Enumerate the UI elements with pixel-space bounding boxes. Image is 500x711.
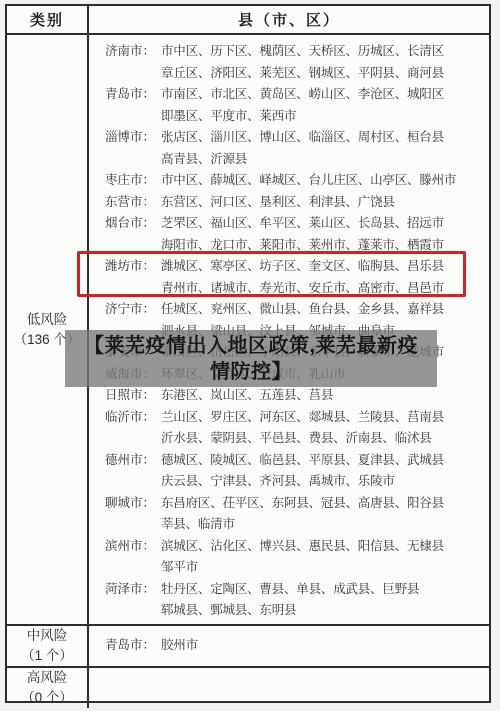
watermark-text-line2: 情防控】	[210, 359, 292, 385]
county-row: 东营市：东营区、河口区、垦利区、利津县、广饶县	[105, 192, 487, 214]
risk-level-name: 中风险	[27, 626, 68, 646]
county-row: 潍坊市：潍城区、寒亭区、坊子区、奎文区、临朐县、昌乐县青州市、诸城市、寿光市、安…	[105, 256, 487, 299]
header-cell-category: 类别	[7, 6, 89, 33]
city-label: 聊城市：	[105, 493, 161, 536]
county-row: 烟台市：芝罘区、福山区、牟平区、莱山区、长岛县、招远市海阳市、龙口市、莱阳市、莱…	[105, 213, 487, 256]
city-label: 东营市：	[105, 192, 161, 214]
county-row: 淄博市：张店区、淄川区、博山区、临淄区、周村区、桓台县高青县、沂源县	[105, 127, 487, 170]
district-lines: 东港区、岚山区、五莲县、莒县	[161, 385, 487, 407]
city-label: 淄博市：	[105, 127, 161, 170]
district-line: 东港区、岚山区、五莲县、莒县	[161, 385, 487, 407]
county-row: 滨州市：滨城区、沾化区、博兴县、惠民县、阳信县、无棣县邹平市	[105, 536, 487, 579]
risk-level-name: 低风险	[27, 310, 68, 330]
district-lines: 兰山区、罗庄区、河东区、郯城县、兰陵县、莒南县沂水县、蒙阴县、平邑县、费县、沂南…	[161, 407, 487, 450]
district-line: 德城区、陵城区、临邑县、平原县、夏津县、武城县	[161, 450, 487, 472]
district-line: 市中区、薛城区、峄城区、台儿庄区、山亭区、滕州市	[161, 170, 487, 192]
county-row: 聊城市：东昌府区、茌平区、东阿县、冠县、高唐县、阳谷县莘县、临清市	[105, 493, 487, 536]
risk-section-high: 高风险（0 个）	[7, 668, 489, 708]
county-row: 菏泽市：牡丹区、定陶区、曹县、单县、成武县、巨野县郓城县、鄄城县、东明县	[105, 579, 487, 622]
district-line: 庆云县、宁津县、齐河县、禹城市、乐陵市	[161, 471, 487, 493]
district-line: 郓城县、鄄城县、东明县	[161, 600, 487, 622]
county-row: 枣庄市：市中区、薛城区、峄城区、台儿庄区、山亭区、滕州市	[105, 170, 487, 192]
risk-content-cell	[89, 668, 489, 708]
risk-level-count: （1 个）	[21, 646, 73, 666]
county-row: 济南市：市中区、历下区、槐荫区、天桥区、历城区、长清区章丘区、济阳区、莱芜区、钢…	[105, 41, 487, 84]
header-cell-county: 县（市、区）	[89, 6, 489, 33]
district-line: 高青县、沂源县	[161, 149, 487, 171]
district-line: 邹平市	[161, 557, 487, 579]
district-line: 即墨区、平度市、莱西市	[161, 106, 487, 128]
district-lines: 东昌府区、茌平区、东阿县、冠县、高唐县、阳谷县莘县、临清市	[161, 493, 487, 536]
district-line: 莘县、临清市	[161, 514, 487, 536]
risk-label-cell: 高风险（0 个）	[7, 668, 89, 708]
city-label: 德州市：	[105, 450, 161, 493]
district-line: 任城区、兖州区、微山县、鱼台县、金乡县、嘉祥县	[161, 299, 487, 321]
page-background: 类别 县（市、区） 低风险（136 个）济南市：市中区、历下区、槐荫区、天桥区、…	[0, 0, 500, 711]
district-line: 芝罘区、福山区、牟平区、莱山区、长岛县、招远市	[161, 213, 487, 235]
district-lines: 东营区、河口区、垦利区、利津县、广饶县	[161, 192, 487, 214]
city-label: 枣庄市：	[105, 170, 161, 192]
city-label: 青岛市：	[105, 84, 161, 127]
city-label: 济南市：	[105, 41, 161, 84]
city-label: 烟台市：	[105, 213, 161, 256]
district-line: 海阳市、龙口市、莱阳市、莱州市、蓬莱市、栖霞市	[161, 235, 487, 257]
district-lines: 牡丹区、定陶区、曹县、单县、成武县、巨野县郓城县、鄄城县、东明县	[161, 579, 487, 622]
district-line: 胶州市	[161, 635, 487, 657]
district-line: 兰山区、罗庄区、河东区、郯城县、兰陵县、莒南县	[161, 407, 487, 429]
watermark-text-line1: 【莱芜疫情出入地区政策,莱芜最新疫	[84, 333, 418, 359]
district-lines: 芝罘区、福山区、牟平区、莱山区、长岛县、招远市海阳市、龙口市、莱阳市、莱州市、蓬…	[161, 213, 487, 256]
district-line: 市中区、历下区、槐荫区、天桥区、历城区、长清区	[161, 41, 487, 63]
city-label: 青岛市：	[105, 635, 161, 657]
district-lines: 滨城区、沾化区、博兴县、惠民县、阳信县、无棣县邹平市	[161, 536, 487, 579]
risk-level-name: 高风险	[27, 668, 68, 688]
city-label: 滨州市：	[105, 536, 161, 579]
district-line: 东营区、河口区、垦利区、利津县、广饶县	[161, 192, 487, 214]
table-header-row: 类别 县（市、区）	[7, 6, 489, 35]
city-label: 日照市：	[105, 385, 161, 407]
district-line: 潍城区、寒亭区、坊子区、奎文区、临朐县、昌乐县	[161, 256, 487, 278]
district-line: 张店区、淄川区、博山区、临淄区、周村区、桓台县	[161, 127, 487, 149]
county-row: 德州市：德城区、陵城区、临邑县、平原县、夏津县、武城县庆云县、宁津县、齐河县、禹…	[105, 450, 487, 493]
county-row: 临沂市：兰山区、罗庄区、河东区、郯城县、兰陵县、莒南县沂水县、蒙阴县、平邑县、费…	[105, 407, 487, 450]
county-row: 青岛市：胶州市	[105, 635, 487, 657]
district-lines: 市中区、历下区、槐荫区、天桥区、历城区、长清区章丘区、济阳区、莱芜区、钢城区、平…	[161, 41, 487, 84]
city-label: 临沂市：	[105, 407, 161, 450]
district-lines: 市中区、薛城区、峄城区、台儿庄区、山亭区、滕州市	[161, 170, 487, 192]
risk-content-cell: 青岛市：胶州市	[89, 626, 489, 666]
district-line: 章丘区、济阳区、莱芜区、钢城区、平阴县、商河县	[161, 63, 487, 85]
risk-level-count: （0 个）	[21, 688, 73, 708]
district-line: 滨城区、沾化区、博兴县、惠民县、阳信县、无棣县	[161, 536, 487, 558]
county-row: 青岛市：市南区、市北区、黄岛区、崂山区、李沧区、城阳区即墨区、平度市、莱西市	[105, 84, 487, 127]
district-lines: 潍城区、寒亭区、坊子区、奎文区、临朐县、昌乐县青州市、诸城市、寿光市、安丘市、高…	[161, 256, 487, 299]
district-line: 青州市、诸城市、寿光市、安丘市、高密市、昌邑市	[161, 278, 487, 300]
district-lines: 德城区、陵城区、临邑县、平原县、夏津县、武城县庆云县、宁津县、齐河县、禹城市、乐…	[161, 450, 487, 493]
city-label: 菏泽市：	[105, 579, 161, 622]
district-line: 沂水县、蒙阴县、平邑县、费县、沂南县、临沭县	[161, 428, 487, 450]
district-line: 东昌府区、茌平区、东阿县、冠县、高唐县、阳谷县	[161, 493, 487, 515]
risk-section-mid: 中风险（1 个）青岛市：胶州市	[7, 626, 489, 668]
watermark-overlay: 【莱芜疫情出入地区政策,莱芜最新疫 情防控】	[65, 330, 437, 387]
risk-label-cell: 中风险（1 个）	[7, 626, 89, 666]
city-label: 潍坊市：	[105, 256, 161, 299]
district-lines: 市南区、市北区、黄岛区、崂山区、李沧区、城阳区即墨区、平度市、莱西市	[161, 84, 487, 127]
district-lines: 张店区、淄川区、博山区、临淄区、周村区、桓台县高青县、沂源县	[161, 127, 487, 170]
district-line: 牡丹区、定陶区、曹县、单县、成武县、巨野县	[161, 579, 487, 601]
district-line: 市南区、市北区、黄岛区、崂山区、李沧区、城阳区	[161, 84, 487, 106]
district-lines: 胶州市	[161, 635, 487, 657]
county-row: 日照市：东港区、岚山区、五莲县、莒县	[105, 385, 487, 407]
